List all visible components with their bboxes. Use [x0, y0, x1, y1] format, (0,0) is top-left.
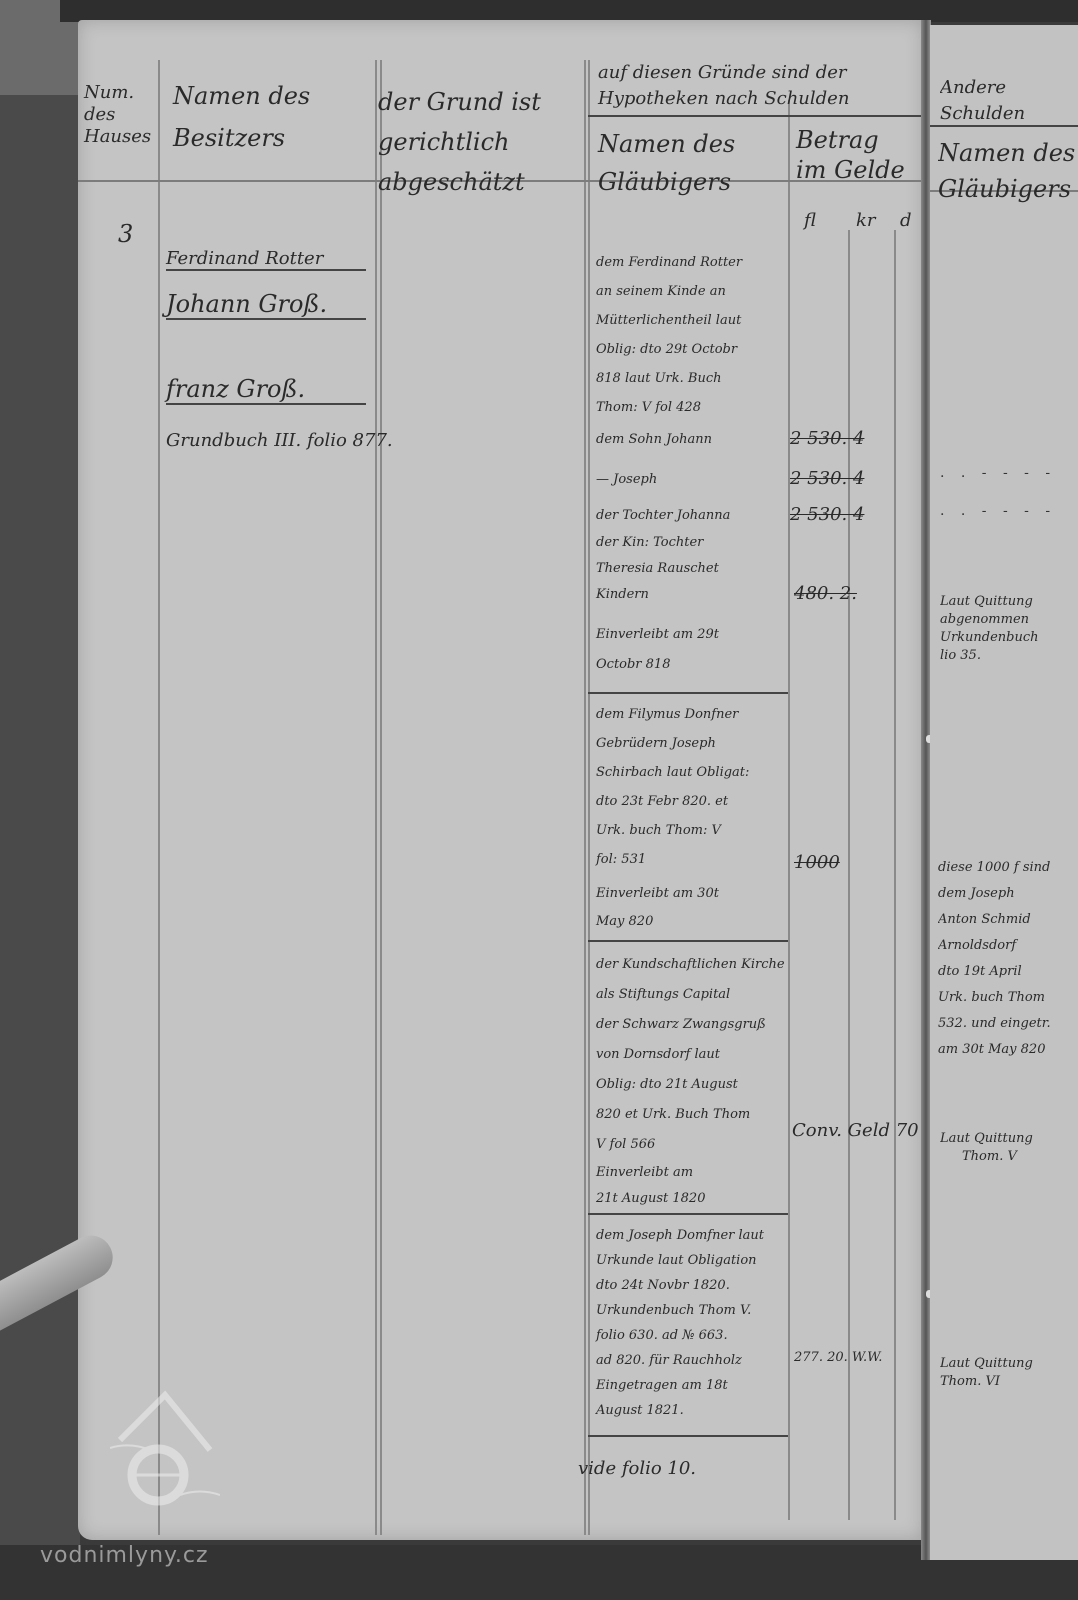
owner-name: Ferdinand Rotter: [166, 248, 366, 271]
dotted-line: . . - - - -: [940, 503, 1056, 519]
footer-note: vide folio 10.: [578, 1458, 696, 1479]
unit-kr: kr: [856, 210, 876, 231]
entry-rule: [588, 940, 788, 942]
column-rule: [894, 230, 896, 1520]
entry-rule: [588, 1213, 788, 1215]
header-owner-names: Namen des Besitzers: [173, 75, 363, 159]
unit-fl: fl: [804, 210, 816, 231]
watermark-text: vodnimlyny.cz: [40, 1543, 209, 1568]
amount-struck: 1000: [794, 852, 840, 873]
background-dark-left: [0, 0, 80, 1600]
book-binding-top: [60, 0, 1078, 22]
left-page: Num. des Hauses Namen des Besitzers der …: [78, 20, 923, 1540]
amount-struck: 277. 20. W.W.: [794, 1350, 882, 1365]
amount-struck: 2 530. 4: [790, 504, 864, 525]
creditor-entry: dem Ferdinand Rotter an seinem Kinde an …: [596, 248, 786, 422]
column-rule: [848, 230, 850, 1520]
column-rule: [588, 60, 590, 1535]
header-encumbrances: auf diesen Gründe sind der Hypotheken na…: [598, 60, 918, 112]
right-page: Andere Schulden Namen des Gläubigers . .…: [930, 25, 1078, 1560]
header-creditor-names: Namen des Gläubigers: [938, 135, 1078, 205]
header-subrule: [588, 115, 923, 117]
amount-struck: 480. 2.: [794, 583, 857, 604]
owner-name: Johann Groß.: [166, 290, 366, 320]
creditor-entry: dem Filymus Donfner Gebrüdern Joseph Sch…: [596, 700, 786, 874]
header-amount: Betrag im Gelde: [796, 125, 906, 185]
column-rule: [788, 100, 790, 1520]
mill-logo-icon: [110, 1380, 220, 1510]
right-entry: Laut Quittung Thom. VI: [940, 1355, 1078, 1391]
entry-rule: [588, 692, 788, 694]
amount-struck: 2 530. 4: [790, 428, 864, 449]
right-entry: Laut Quittung Thom. V: [940, 1130, 1078, 1166]
owner-name: franz Groß.: [166, 375, 366, 405]
creditor-entry: der Kundschaftlichen Kirche als Stiftung…: [596, 950, 786, 1160]
right-entry: Laut Quittung abgenommen Urkundenbuch li…: [940, 593, 1078, 665]
creditor-entry: der Tochter Johanna: [596, 508, 730, 523]
creditor-entry: — Joseph: [596, 472, 657, 487]
column-rule: [375, 60, 377, 1535]
header-ground-acquired: der Grund ist gerichtlich abgeschätzt: [378, 82, 578, 202]
column-rule: [158, 60, 160, 1535]
house-number: 3: [118, 220, 133, 248]
dotted-line: . . - - - -: [940, 465, 1056, 481]
column-rule: [584, 60, 586, 1535]
amount-struck: 2 530. 4: [790, 468, 864, 489]
creditor-entry: dem Sohn Johann: [596, 432, 712, 447]
registration-note: Einverleibt am 29t Octobr 818: [596, 620, 786, 680]
header-creditor-names: Namen des Gläubigers: [598, 125, 778, 201]
owner-note: Grundbuch III. folio 877.: [166, 430, 393, 451]
entry-rule: [588, 1435, 788, 1437]
header-house-number: Num. des Hauses: [84, 82, 156, 148]
registration-note: Einverleibt am 30t May 820: [596, 880, 786, 936]
creditor-entry: dem Joseph Domfner laut Urkunde laut Obl…: [596, 1223, 786, 1423]
creditor-entry: der Kin: Tochter Theresia Rauschet Kinde…: [596, 530, 786, 608]
unit-d: d: [900, 210, 912, 231]
right-entry: diese 1000 f sind dem Joseph Anton Schmi…: [938, 855, 1078, 1063]
amount-struck: Conv. Geld 70: [792, 1120, 919, 1141]
column-rule: [380, 60, 382, 1535]
header-other-debts: Andere Schulden: [940, 75, 1078, 127]
registration-note: Einverleibt am 21t August 1820: [596, 1160, 786, 1212]
